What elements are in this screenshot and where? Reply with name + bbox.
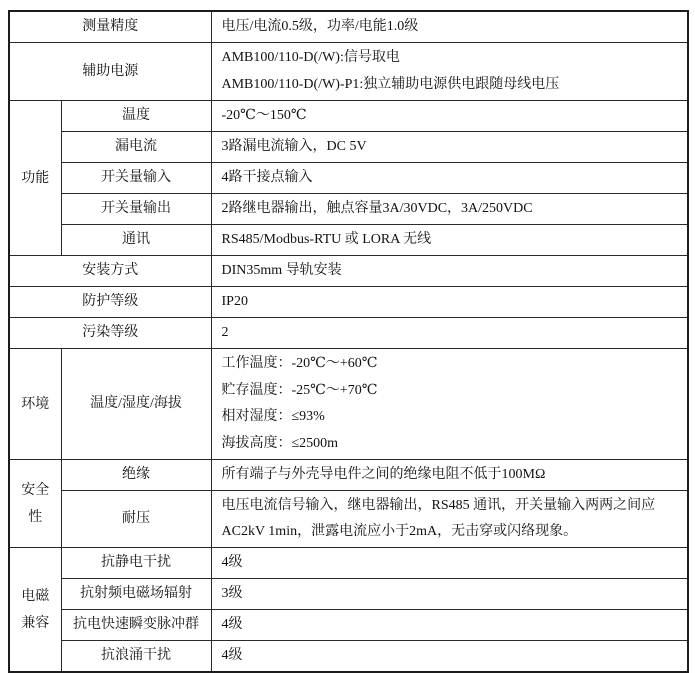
- spec-value-cell: IP20: [211, 287, 688, 318]
- table-row: 辅助电源 AMB100/110-D(/W):信号取电 AMB100/110-D(…: [9, 43, 688, 101]
- spec-value-cell: 2路继电器输出，触点容量3A/30VDC，3A/250VDC: [211, 194, 688, 225]
- spec-param-cell: 抗浪涌干扰: [61, 641, 211, 673]
- spec-value-cell: -20℃～150℃: [211, 101, 688, 132]
- table-row: 防护等级 IP20: [9, 287, 688, 318]
- spec-value-cell: 电压/电流0.5级，功率/电能1.0级: [211, 11, 688, 43]
- spec-param-cell: 绝缘: [61, 460, 211, 491]
- spec-group-cell: 功能: [9, 101, 61, 256]
- table-row: 抗浪涌干扰 4级: [9, 641, 688, 673]
- table-row: 污染等级 2: [9, 318, 688, 349]
- spec-param-cell: 漏电流: [61, 132, 211, 163]
- spec-sheet-page: 测量精度 电压/电流0.5级，功率/电能1.0级 辅助电源 AMB100/110…: [0, 0, 695, 609]
- table-row: 耐压 电压电流信号输入，继电器输出，RS485 通讯，开关量输入两两之间应 AC…: [9, 491, 688, 548]
- spec-group-cell: 安全性: [9, 460, 61, 548]
- spec-value-line: AMB100/110-D(/W)-P1:独立辅助电源供电跟随母线电压: [222, 72, 678, 99]
- spec-value-cell: 3级: [211, 579, 688, 610]
- spec-table: 测量精度 电压/电流0.5级，功率/电能1.0级 辅助电源 AMB100/110…: [8, 10, 689, 673]
- spec-value-line: 贮存温度：-25℃～+70℃: [222, 378, 678, 405]
- table-row: 安装方式 DIN35mm 导轨安装: [9, 256, 688, 287]
- table-row: 电磁兼容 抗静电干扰 4级: [9, 548, 688, 579]
- spec-value-cell: 电压电流信号输入，继电器输出，RS485 通讯，开关量输入两两之间应 AC2kV…: [211, 491, 688, 548]
- spec-value-cell: 2: [211, 318, 688, 349]
- spec-group-cell: 电磁兼容: [9, 548, 61, 673]
- spec-param-cell: 温度/湿度/海拔: [61, 349, 211, 460]
- spec-value-line: 相对湿度：≤93%: [222, 404, 678, 431]
- spec-value-cell: 4级: [211, 641, 688, 673]
- spec-param-cell: 开关量输出: [61, 194, 211, 225]
- spec-value-cell: RS485/Modbus-RTU 或 LORA 无线: [211, 225, 688, 256]
- table-row: 抗电快速瞬变脉冲群 4级: [9, 610, 688, 641]
- spec-param-cell: 防护等级: [9, 287, 211, 318]
- spec-param-cell: 安装方式: [9, 256, 211, 287]
- spec-value-cell: 3路漏电流输入，DC 5V: [211, 132, 688, 163]
- spec-param-cell: 通讯: [61, 225, 211, 256]
- spec-value-cell: AMB100/110-D(/W):信号取电 AMB100/110-D(/W)-P…: [211, 43, 688, 101]
- spec-value-cell: 4路干接点输入: [211, 163, 688, 194]
- spec-value-cell: 所有端子与外壳导电件之间的绝缘电阻不低于100MΩ: [211, 460, 688, 491]
- spec-group-cell: 环境: [9, 349, 61, 460]
- spec-param-cell: 测量精度: [9, 11, 211, 43]
- spec-param-cell: 耐压: [61, 491, 211, 548]
- spec-param-cell: 开关量输入: [61, 163, 211, 194]
- spec-value-line: 工作温度：-20℃～+60℃: [222, 351, 678, 378]
- spec-param-cell: 辅助电源: [9, 43, 211, 101]
- spec-param-cell: 污染等级: [9, 318, 211, 349]
- spec-value-cell: 工作温度：-20℃～+60℃ 贮存温度：-25℃～+70℃ 相对湿度：≤93% …: [211, 349, 688, 460]
- table-row: 环境 温度/湿度/海拔 工作温度：-20℃～+60℃ 贮存温度：-25℃～+70…: [9, 349, 688, 460]
- table-row: 安全性 绝缘 所有端子与外壳导电件之间的绝缘电阻不低于100MΩ: [9, 460, 688, 491]
- spec-value-line: AMB100/110-D(/W):信号取电: [222, 45, 678, 72]
- spec-param-cell: 抗射频电磁场辐射: [61, 579, 211, 610]
- table-row: 抗射频电磁场辐射 3级: [9, 579, 688, 610]
- table-row: 开关量输入 4路干接点输入: [9, 163, 688, 194]
- table-row: 漏电流 3路漏电流输入，DC 5V: [9, 132, 688, 163]
- spec-value-cell: DIN35mm 导轨安装: [211, 256, 688, 287]
- spec-param-cell: 抗电快速瞬变脉冲群: [61, 610, 211, 641]
- table-row: 通讯 RS485/Modbus-RTU 或 LORA 无线: [9, 225, 688, 256]
- table-row: 功能 温度 -20℃～150℃: [9, 101, 688, 132]
- spec-param-cell: 抗静电干扰: [61, 548, 211, 579]
- spec-value-cell: 4级: [211, 610, 688, 641]
- spec-value-line: 海拔高度：≤2500m: [222, 431, 678, 458]
- table-row: 测量精度 电压/电流0.5级，功率/电能1.0级: [9, 11, 688, 43]
- spec-param-cell: 温度: [61, 101, 211, 132]
- table-row: 开关量输出 2路继电器输出，触点容量3A/30VDC，3A/250VDC: [9, 194, 688, 225]
- spec-value-cell: 4级: [211, 548, 688, 579]
